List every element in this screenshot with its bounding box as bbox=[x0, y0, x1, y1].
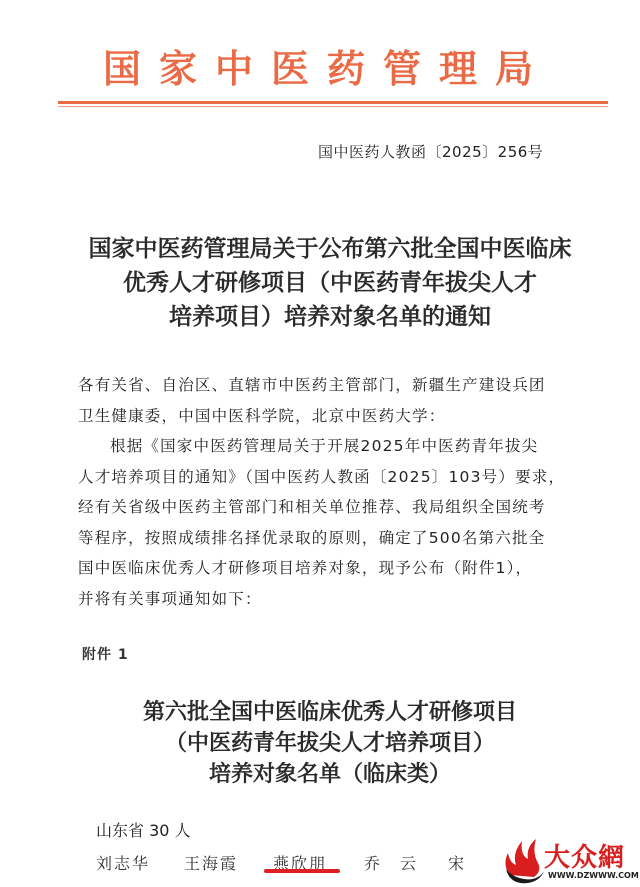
paragraph-line: 国中医临床优秀人才研修项目培养对象，现予公布（附件1）， bbox=[78, 553, 598, 584]
addressee-line: 各有关省、自治区、直辖市中医药主管部门，新疆生产建设兵团 bbox=[78, 370, 598, 401]
notice-body: 各有关省、自治区、直辖市中医药主管部门，新疆生产建设兵团 卫生健康委，中国中医科… bbox=[78, 370, 598, 614]
paragraph-line: 经有关省级中医药主管部门和相关单位推荐、我局组织全国统考 bbox=[78, 492, 598, 523]
flame-logo-icon bbox=[500, 835, 550, 887]
attachment-title-line: 培养对象名单（临床类） bbox=[60, 759, 600, 790]
name-entry: 乔 云 bbox=[364, 851, 418, 874]
paragraph-line: 根据《国家中医药管理局关于开展2025年中医药青年拔尖 bbox=[78, 431, 598, 462]
masthead-rule-thick bbox=[58, 101, 608, 104]
attachment-title-line: （中医药青年拔尖人才培养项目） bbox=[60, 728, 600, 759]
masthead-title: 国家中医药管理局 bbox=[0, 44, 640, 94]
watermark-logo: 大众網 WWW.DZWWW.COM bbox=[500, 835, 640, 887]
name-entry: 刘志华 bbox=[96, 851, 150, 874]
masthead-rule-thin bbox=[58, 106, 608, 107]
highlight-underline bbox=[264, 869, 340, 873]
notice-title-line: 优秀人才研修项目（中医药青年拔尖人才 bbox=[60, 266, 600, 300]
attachment-title: 第六批全国中医临床优秀人才研修项目 （中医药青年拔尖人才培养项目） 培养对象名单… bbox=[60, 697, 600, 790]
document-number: 国中医药人教函〔2025〕256号 bbox=[318, 142, 543, 162]
name-entry: 宋 bbox=[448, 851, 466, 874]
notice-title-line: 国家中医药管理局关于公布第六批全国中医临床 bbox=[60, 232, 600, 266]
addressee-line: 卫生健康委，中国中医科学院，北京中医药大学： bbox=[78, 401, 598, 432]
attachment-label: 附件 1 bbox=[82, 644, 129, 664]
paragraph-line: 等程序，按照成绩排名择优录取的原则，确定了500名第六批全 bbox=[78, 523, 598, 554]
paragraph-line: 并将有关事项通知如下： bbox=[78, 584, 598, 615]
province-heading: 山东省 30 人 bbox=[96, 818, 191, 841]
attachment-title-line: 第六批全国中医临床优秀人才研修项目 bbox=[60, 697, 600, 728]
notice-title-line: 培养项目）培养对象名单的通知 bbox=[60, 300, 600, 334]
notice-title: 国家中医药管理局关于公布第六批全国中医临床 优秀人才研修项目（中医药青年拔尖人才… bbox=[60, 232, 600, 334]
watermark-brand: 大众網 bbox=[544, 837, 625, 874]
paragraph-line: 人才培养项目的通知》（国中医药人教函〔2025〕103号）要求， bbox=[78, 462, 598, 493]
name-entry: 王海霞 bbox=[184, 851, 238, 874]
watermark-url: WWW.DZWWW.COM bbox=[548, 871, 639, 880]
